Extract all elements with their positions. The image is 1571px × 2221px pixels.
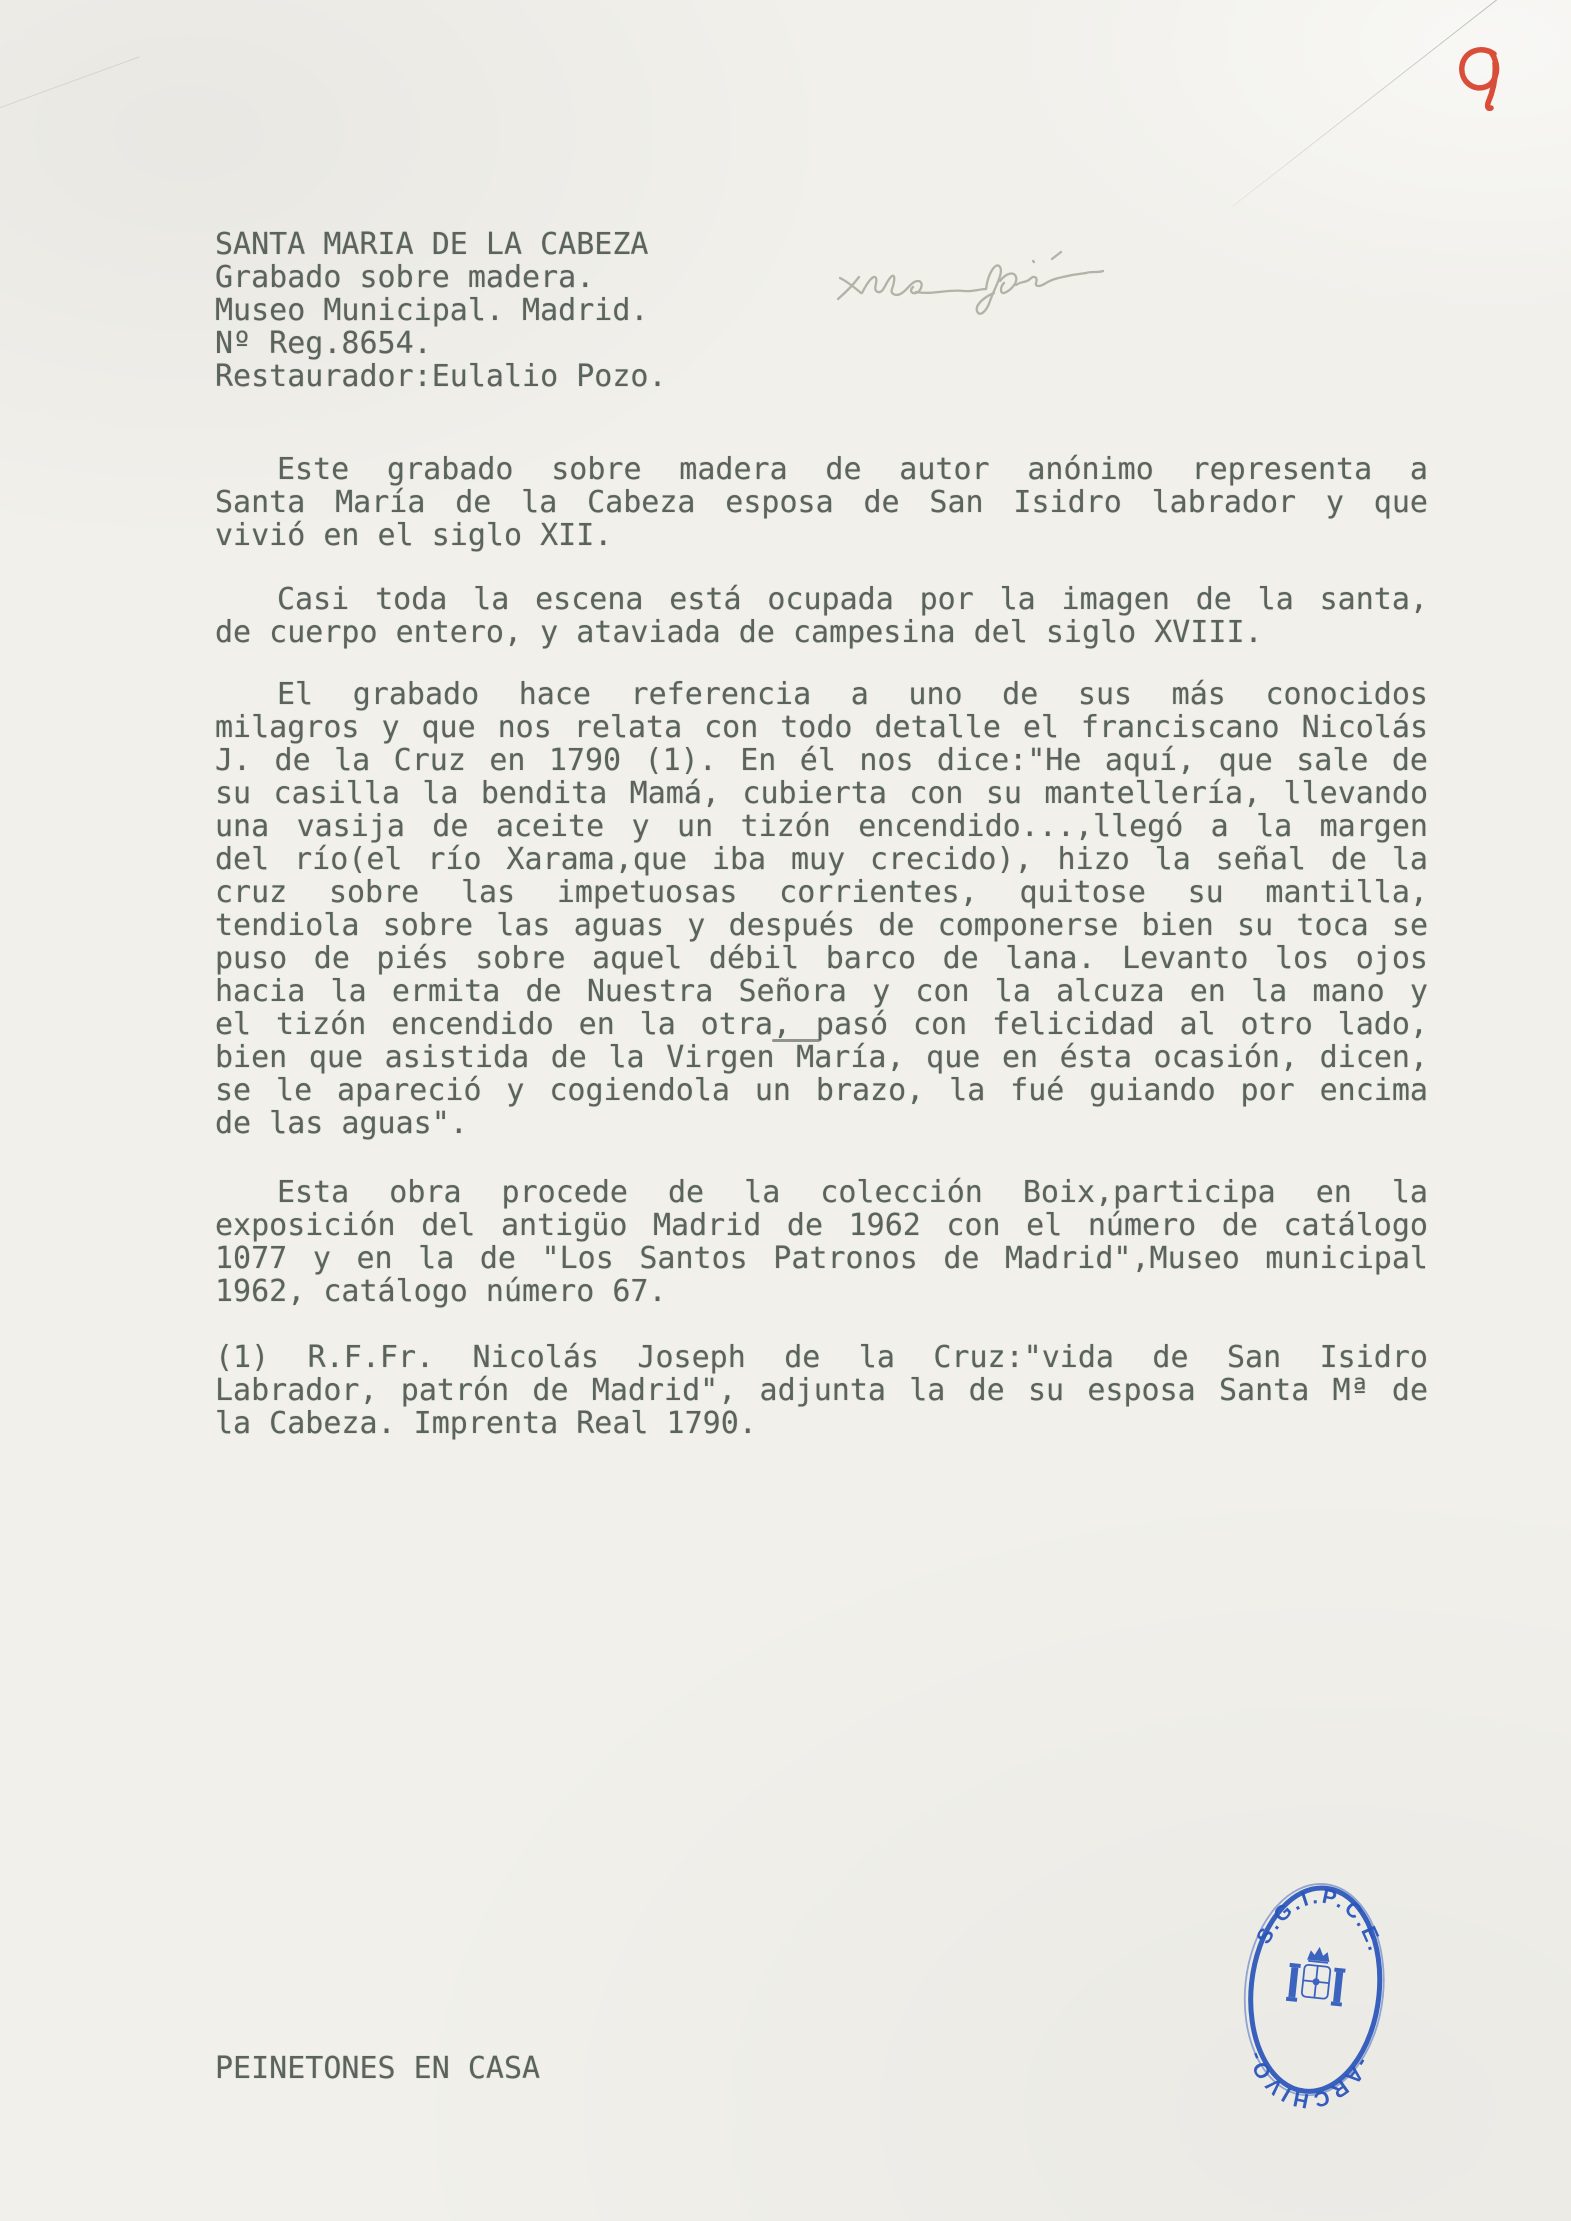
- typed-line: su casilla la bendita Mamá, cubierta con…: [215, 777, 1428, 810]
- typed-line: J. de la Cruz en 1790 (1). En él nos dic…: [215, 744, 1428, 777]
- typed-line: 1962, catálogo número 67.: [215, 1275, 1428, 1308]
- typed-line: de cuerpo entero, y ataviada de campesin…: [215, 616, 1428, 649]
- paragraph: Casi toda la escena está ocupada por la …: [215, 583, 1428, 649]
- typed-line: la Cabeza. Imprenta Real 1790.: [215, 1407, 1428, 1440]
- paragraph: Esta obra procede de la colección Boix,p…: [215, 1176, 1428, 1308]
- typed-line: se le apareció y cogiendola un brazo, la…: [215, 1074, 1428, 1107]
- typed-line: Nº Reg.8654.: [215, 327, 1428, 360]
- typed-line: Casi toda la escena está ocupada por la …: [215, 583, 1428, 616]
- typed-line: Santa María de la Cabeza esposa de San I…: [215, 486, 1428, 519]
- typed-line: Labrador, patrón de Madrid", adjunta la …: [215, 1374, 1428, 1407]
- handwritten-page-number: [1450, 40, 1508, 122]
- typed-line: tendiola sobre las aguas y después de co…: [215, 909, 1428, 942]
- typed-line: una vasija de aceite y un tizón encendid…: [215, 810, 1428, 843]
- typed-line: cruz sobre las impetuosas corrientes, qu…: [215, 876, 1428, 909]
- typed-line: Esta obra procede de la colección Boix,p…: [215, 1176, 1428, 1209]
- stamp-bottom-text: -ARCHIVO-: [1237, 2042, 1376, 2119]
- typed-line: (1) R.F.Fr. Nicolás Joseph de la Cruz:"v…: [215, 1341, 1428, 1374]
- typed-line: bien que asistida de la Virgen María, qu…: [215, 1041, 1428, 1074]
- typed-line: Museo Municipal. Madrid.: [215, 294, 1428, 327]
- paragraph: Este grabado sobre madera de autor anóni…: [215, 453, 1428, 552]
- paragraph: El grabado hace referencia a uno de sus …: [215, 678, 1428, 1140]
- typed-line: milagros y que nos relata con todo detal…: [215, 711, 1428, 744]
- header-block: SANTA MARIA DE LA CABEZA Grabado sobre m…: [215, 228, 1428, 393]
- typed-line: el tizón encendido en la otra, pasó con …: [215, 1008, 1428, 1041]
- typed-line: Restaurador:Eulalio Pozo.: [215, 360, 1428, 393]
- typed-line: de las aguas".: [215, 1107, 1428, 1140]
- typed-text-block: SANTA MARIA DE LA CABEZA Grabado sobre m…: [215, 228, 1428, 1440]
- document-page: SANTA MARIA DE LA CABEZA Grabado sobre m…: [0, 0, 1571, 2221]
- typed-line: vivió en el siglo XII.: [215, 519, 1428, 552]
- underline-correction-mark: [772, 1039, 820, 1042]
- footnote-paragraph: (1) R.F.Fr. Nicolás Joseph de la Cruz:"v…: [215, 1341, 1428, 1440]
- typed-line: El grabado hace referencia a uno de sus …: [215, 678, 1428, 711]
- typed-line: hacia la ermita de Nuestra Señora y con …: [215, 975, 1428, 1008]
- typed-line: SANTA MARIA DE LA CABEZA: [215, 228, 1428, 261]
- typed-line: Grabado sobre madera.: [215, 261, 1428, 294]
- typed-line: del río(el río Xarama,que iba muy crecid…: [215, 843, 1428, 876]
- typed-line: Este grabado sobre madera de autor anóni…: [215, 453, 1428, 486]
- typed-line: exposición del antigüo Madrid de 1962 co…: [215, 1209, 1428, 1242]
- footer-caption: PEINETONES EN CASA: [215, 2052, 540, 2085]
- archive-stamp: S.G.I.P.C.E. -ARCHIVO-: [1218, 1861, 1419, 2122]
- typed-line: puso de piés sobre aquel débil barco de …: [215, 942, 1428, 975]
- stamp-bottom-text-holder: -ARCHIVO-: [1237, 2042, 1376, 2119]
- typed-line: 1077 y en la de "Los Santos Patronos de …: [215, 1242, 1428, 1275]
- coat-of-arms-icon: [1286, 1946, 1347, 2007]
- paper-crease-small: [0, 56, 139, 119]
